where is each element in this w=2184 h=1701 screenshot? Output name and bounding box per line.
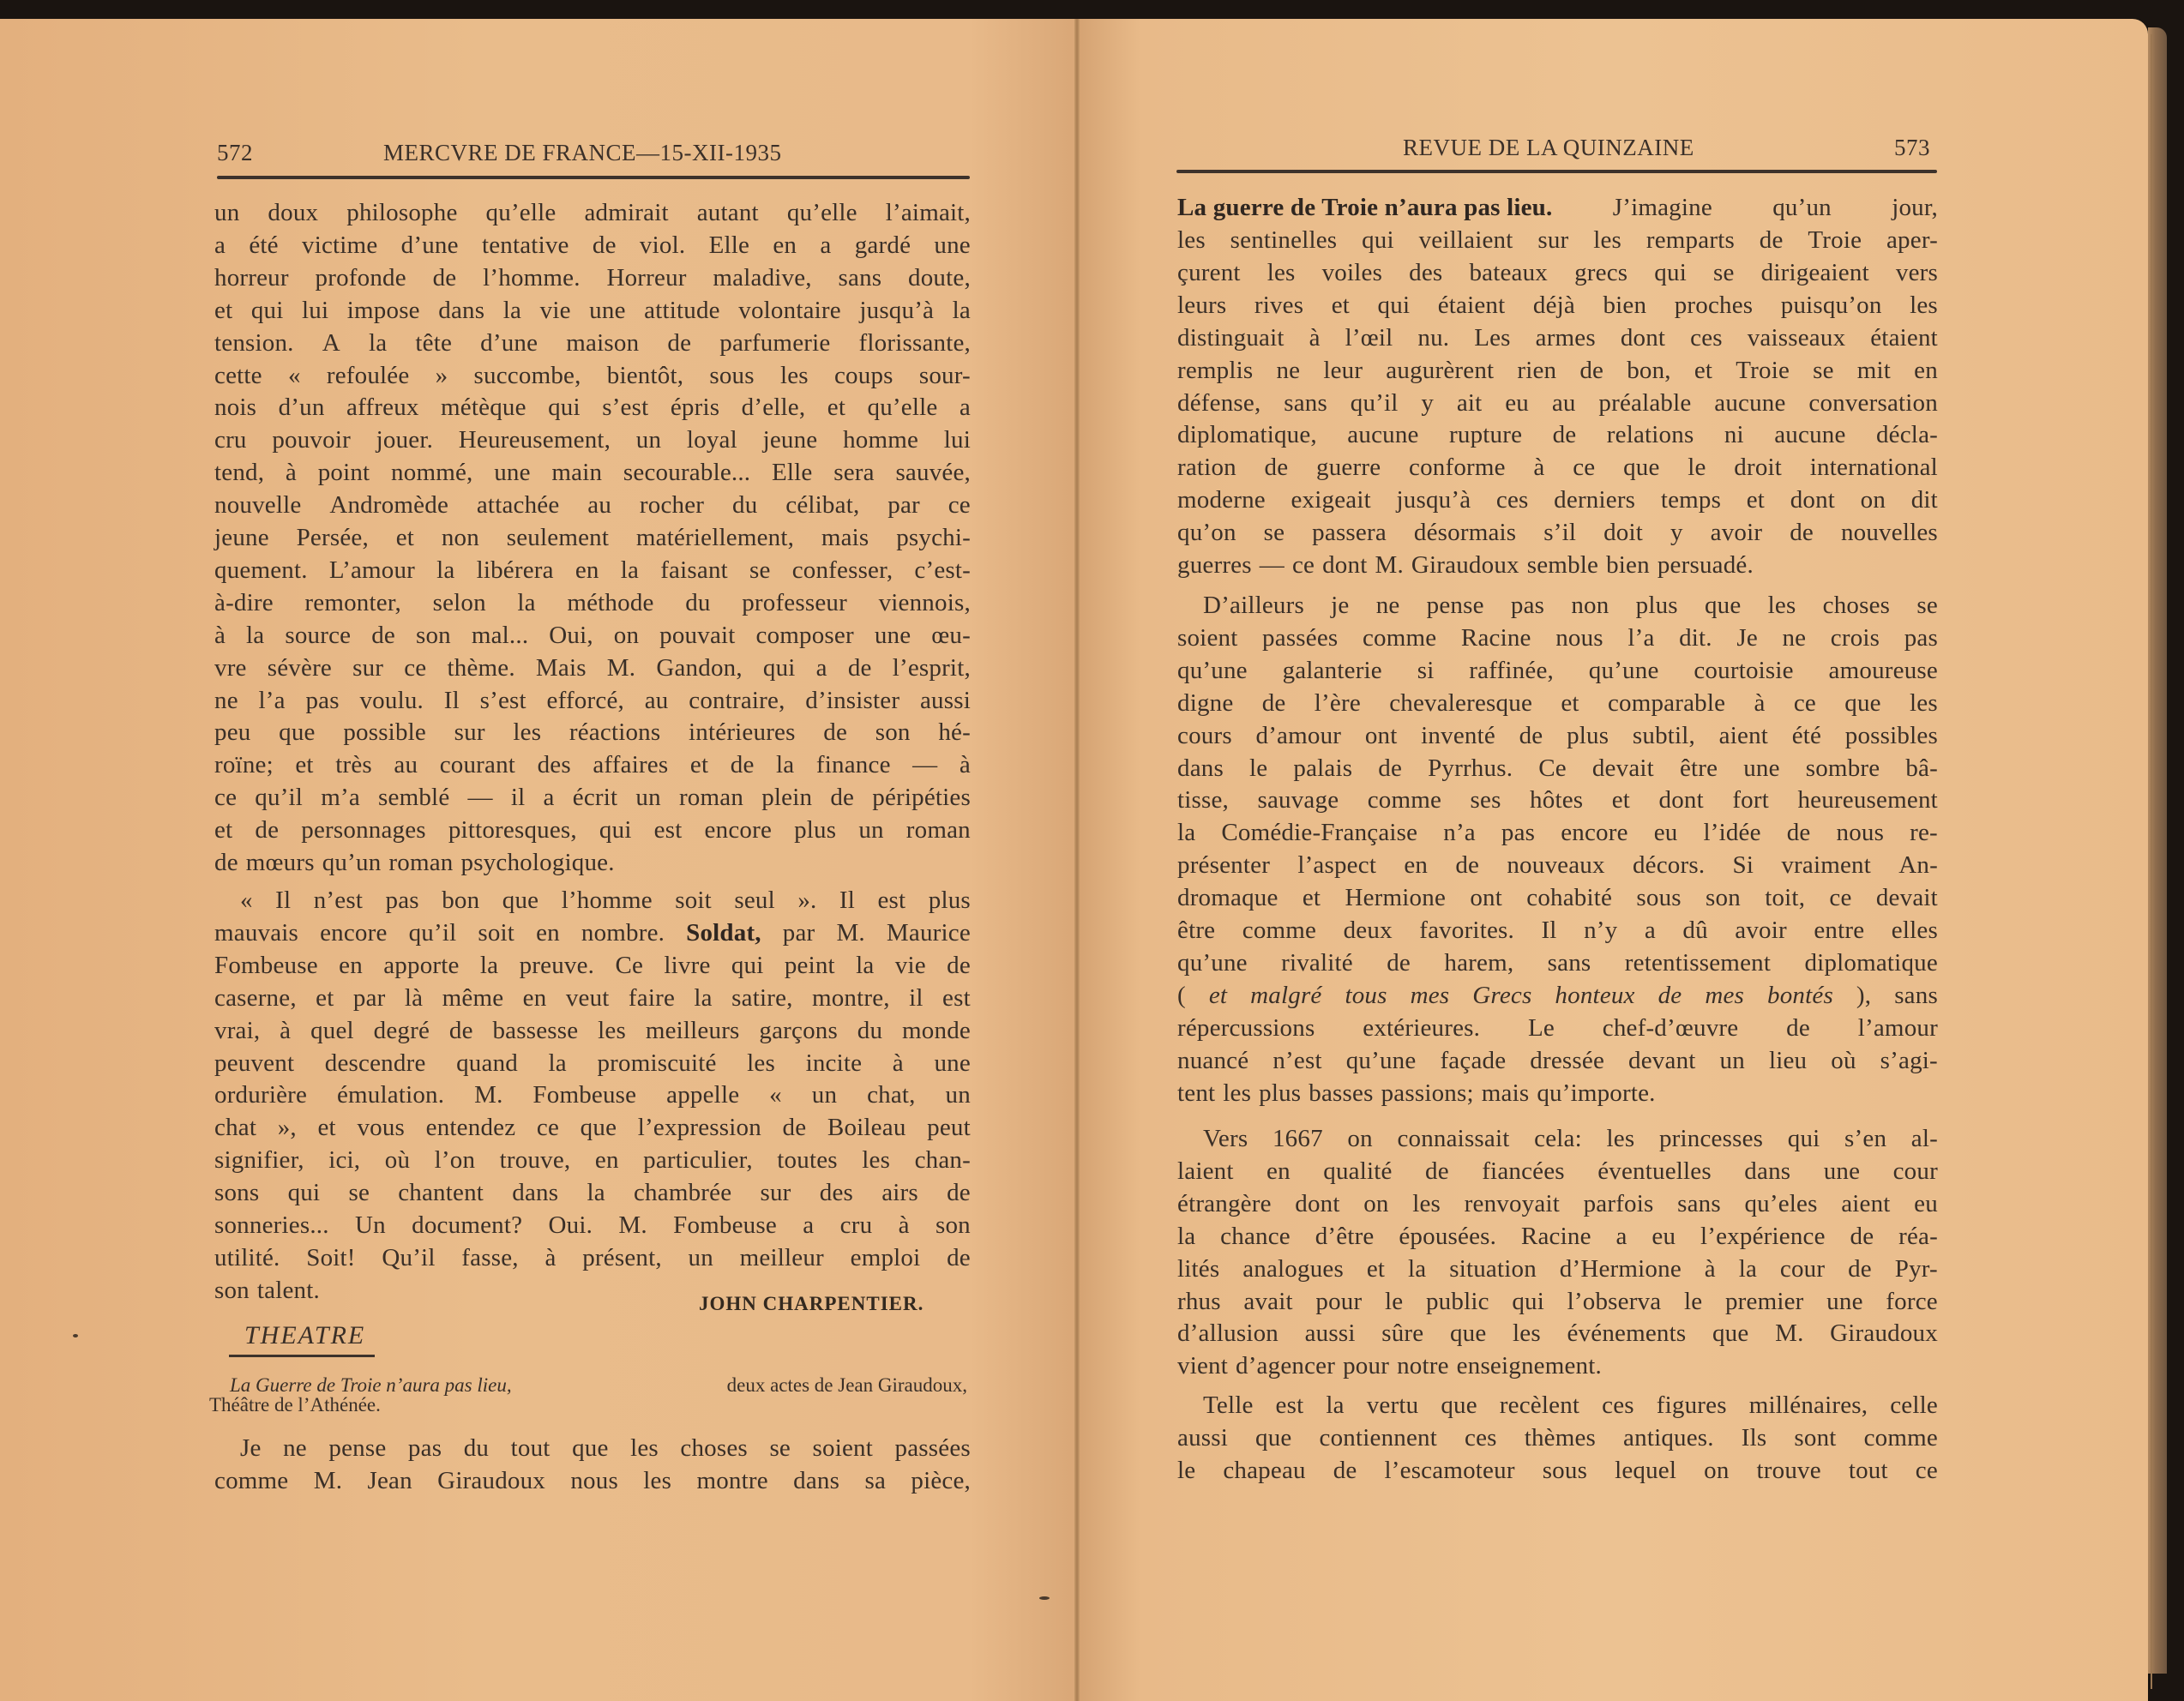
word: Fombeuse bbox=[532, 1079, 636, 1110]
word: de bbox=[214, 847, 238, 878]
word: derniers bbox=[1554, 484, 1635, 515]
word: des bbox=[538, 749, 571, 780]
word: est bbox=[877, 885, 905, 916]
word: d’insister bbox=[805, 685, 899, 716]
word: la bbox=[436, 555, 454, 586]
word: choses bbox=[1823, 590, 1891, 621]
word: sans bbox=[1548, 947, 1591, 978]
play-venue-note: Théâtre de l’Athénée. bbox=[209, 1394, 381, 1416]
left-page-number: 572 bbox=[217, 140, 253, 166]
play-credit: deux actes de Jean Giraudoux, bbox=[727, 1374, 967, 1397]
word: encore bbox=[320, 917, 387, 948]
word: qui bbox=[251, 295, 284, 326]
text-line: distinguaitàl’œilnu.Lesarmesdontcesvaiss… bbox=[1177, 322, 1938, 353]
word: ( bbox=[1177, 980, 1186, 1011]
text-line: qu’unegalanteriesiraffinée,qu’unecourtoi… bbox=[1177, 655, 1938, 686]
text-line: qu’unerivalitédeharem,sansretentissement… bbox=[1177, 947, 1938, 978]
word: s’en bbox=[1844, 1123, 1886, 1154]
word: a bbox=[960, 392, 971, 423]
word: Horreur bbox=[606, 262, 686, 293]
word: Mais bbox=[536, 652, 587, 683]
word: quement. bbox=[214, 555, 308, 586]
word: n’a bbox=[1443, 817, 1476, 848]
word: puisqu’on bbox=[1781, 290, 1882, 321]
word: dont bbox=[1322, 550, 1367, 580]
word: intérieures bbox=[689, 717, 796, 748]
section-title-rule bbox=[229, 1355, 375, 1357]
word: désormais bbox=[1414, 517, 1516, 548]
word: digne bbox=[1177, 688, 1233, 718]
word: de bbox=[830, 782, 854, 813]
word: écrit bbox=[573, 782, 618, 813]
word: les bbox=[747, 1048, 775, 1079]
word: sur bbox=[454, 717, 485, 748]
word: M. bbox=[1375, 550, 1403, 580]
word: que bbox=[1255, 1422, 1291, 1453]
page-edge-line bbox=[2151, 34, 2152, 1689]
word: veillaient bbox=[1419, 225, 1513, 255]
word: de bbox=[1579, 355, 1603, 386]
word: Troie bbox=[1808, 225, 1862, 255]
word: recèlent bbox=[1500, 1390, 1579, 1421]
word: et bbox=[317, 1112, 335, 1143]
word: pense bbox=[1427, 590, 1484, 621]
word: être bbox=[1680, 753, 1718, 784]
word: soient bbox=[813, 1433, 873, 1464]
word: efforcé, bbox=[547, 685, 624, 716]
text-line: tension.Alatêted’unemaisondeparfumeriefl… bbox=[214, 328, 971, 358]
word: on bbox=[1861, 484, 1886, 515]
word: vre bbox=[214, 652, 247, 683]
word: M. bbox=[618, 1210, 647, 1241]
word: subtil, bbox=[1633, 720, 1695, 751]
word: tend, bbox=[214, 457, 264, 488]
word: vaisseaux bbox=[1748, 322, 1846, 353]
word: qui bbox=[1378, 290, 1411, 321]
left-header-rule bbox=[217, 176, 970, 179]
word: a bbox=[816, 652, 827, 683]
word: passera bbox=[1312, 517, 1387, 548]
word: impose bbox=[347, 295, 420, 326]
word: refoulée bbox=[327, 360, 410, 391]
word: ces bbox=[1496, 484, 1529, 515]
word: passions; bbox=[1381, 1078, 1474, 1109]
word: et bbox=[1612, 784, 1630, 815]
text-line: Vers1667onconnaissaitcela:lesprincessesq… bbox=[1203, 1123, 1938, 1154]
word: bien bbox=[1606, 550, 1650, 580]
text-line: sonneries...Undocument?Oui.M.Fombeuseacr… bbox=[214, 1210, 971, 1241]
word: avait bbox=[1243, 1286, 1292, 1317]
word: sous bbox=[1543, 1455, 1587, 1486]
word: et bbox=[1561, 688, 1579, 718]
word: les bbox=[1593, 225, 1621, 255]
word: pas bbox=[305, 685, 339, 716]
word: que bbox=[1623, 452, 1659, 483]
text-line: La guerre de Troie n’aura pas lieu.J’ima… bbox=[1177, 192, 1938, 223]
word: de bbox=[783, 1112, 807, 1143]
word: son bbox=[875, 717, 911, 748]
word: par bbox=[887, 490, 920, 520]
word: métèque bbox=[441, 392, 526, 423]
word: succombe, bbox=[474, 360, 581, 391]
word: on bbox=[1363, 1188, 1388, 1219]
word: son bbox=[1706, 882, 1741, 913]
word: d’elle, bbox=[742, 392, 806, 423]
word: qui bbox=[1362, 225, 1394, 255]
word: lités bbox=[1177, 1253, 1219, 1284]
word: inventé bbox=[1421, 720, 1495, 751]
word: l’œil bbox=[1345, 322, 1393, 353]
text-line: Telleestlavertuquerecèlentcesfiguresmill… bbox=[1203, 1390, 1938, 1421]
word: le bbox=[1688, 452, 1706, 483]
word: nombre. bbox=[581, 917, 665, 948]
text-line: danslepalaisdePyrrhus.Cedevaitêtreunesom… bbox=[1177, 753, 1938, 784]
word: étaient bbox=[1438, 290, 1506, 321]
word: aussi bbox=[920, 685, 971, 716]
word: Troie bbox=[1736, 355, 1790, 386]
word: et bbox=[214, 295, 232, 326]
word: rives bbox=[1254, 290, 1303, 321]
word: leurs bbox=[1177, 290, 1226, 321]
word: été bbox=[1792, 720, 1821, 751]
text-line: noisd’unaffreuxmétèquequis’estéprisd’ell… bbox=[214, 392, 971, 423]
word: qu’elle bbox=[787, 197, 857, 228]
word: à bbox=[286, 457, 297, 488]
word: Je bbox=[240, 1433, 262, 1464]
word: vertu bbox=[1367, 1390, 1419, 1421]
word: les bbox=[630, 1433, 659, 1464]
word: c’est- bbox=[914, 555, 971, 586]
text-line: lachanced’êtreépousées.Racineaeul’expéri… bbox=[1177, 1221, 1938, 1252]
word: palais bbox=[1293, 753, 1352, 784]
word: seul bbox=[734, 885, 775, 916]
word: de bbox=[1787, 817, 1811, 848]
word: d’un bbox=[279, 392, 325, 423]
left-running-head: MERCVRE DE FRANCE—15-XII-1935 bbox=[383, 140, 782, 166]
word: comme bbox=[1368, 784, 1441, 815]
word: cour bbox=[1893, 1156, 1938, 1187]
word: ordurière bbox=[214, 1079, 307, 1110]
word: la bbox=[1177, 1221, 1195, 1252]
text-line: tisse,sauvagecommeseshôtesetdontfortheur… bbox=[1177, 784, 1938, 815]
word: qui bbox=[548, 392, 581, 423]
word: est bbox=[654, 814, 683, 845]
word: non bbox=[1571, 590, 1609, 621]
text-line: nouvelleAndromèdeattachéeaurocherducélib… bbox=[214, 490, 971, 520]
word: bon bbox=[442, 885, 479, 916]
word: sans bbox=[1677, 1188, 1721, 1219]
word: ce bbox=[1573, 452, 1595, 483]
word: on bbox=[614, 620, 639, 651]
text-line: qu’onsepasseradésormaiss’ildoityavoirden… bbox=[1177, 517, 1938, 548]
word: qu’elle bbox=[868, 392, 938, 423]
word: monde bbox=[902, 1015, 971, 1046]
word: personnages bbox=[301, 814, 426, 845]
word: pittoresques, bbox=[448, 814, 577, 845]
word: l’aspect bbox=[1297, 850, 1376, 881]
word: possible bbox=[343, 717, 426, 748]
word: Il bbox=[839, 885, 855, 916]
text-line: Fombeuseenapportelapreuve.Celivrequipein… bbox=[214, 950, 971, 981]
word: y bbox=[1421, 388, 1434, 418]
word: lequel bbox=[1615, 1455, 1676, 1486]
word: de bbox=[667, 328, 691, 358]
word: cela: bbox=[1534, 1123, 1582, 1154]
text-line: vresévèresurcethème.MaisM.Gandon,quiadel… bbox=[214, 652, 971, 683]
word: Comédie-Française bbox=[1221, 817, 1417, 848]
word: par bbox=[783, 917, 815, 948]
word: doute, bbox=[908, 262, 971, 293]
word: il bbox=[909, 983, 924, 1013]
word: pour bbox=[1343, 1350, 1389, 1381]
word: que bbox=[502, 885, 538, 916]
text-line: rationdeguerreconformeàcequeledroitinter… bbox=[1177, 452, 1938, 483]
word: cohabité bbox=[1526, 882, 1612, 913]
word: et bbox=[316, 983, 334, 1013]
word: autant bbox=[697, 197, 759, 228]
word: florissante, bbox=[859, 328, 971, 358]
word: émulation. bbox=[337, 1079, 444, 1110]
word: attachée bbox=[477, 490, 560, 520]
word: emploi bbox=[851, 1242, 921, 1273]
word: de bbox=[371, 620, 395, 651]
word: vraiment bbox=[1781, 850, 1871, 881]
word: tête bbox=[415, 328, 452, 358]
word: l’esprit, bbox=[893, 652, 971, 683]
word: sauvée, bbox=[895, 457, 971, 488]
word: ne bbox=[283, 1433, 307, 1464]
word: mœurs bbox=[246, 847, 315, 878]
word: a bbox=[1645, 915, 1656, 946]
text-line: litésanaloguesetlasituationd’Hermioneàla… bbox=[1177, 1253, 1938, 1284]
text-line: peuquepossiblesurlesréactionsintérieures… bbox=[214, 717, 971, 748]
word: sombre bbox=[1806, 753, 1880, 784]
text-line: àlasourcedesonmal...Oui,onpouvaitcompose… bbox=[214, 620, 971, 651]
word: moderne bbox=[1177, 484, 1266, 515]
word: dans bbox=[438, 295, 484, 326]
styled-word: tous bbox=[1345, 980, 1387, 1011]
styled-word: Soldat, bbox=[686, 917, 761, 948]
word: aper- bbox=[1886, 225, 1938, 255]
word: mit bbox=[1857, 355, 1891, 386]
word: à-dire bbox=[214, 587, 274, 618]
word: al- bbox=[1911, 1123, 1938, 1154]
word: exigeait bbox=[1291, 484, 1370, 515]
word: a bbox=[214, 230, 226, 261]
word: document? bbox=[412, 1210, 522, 1241]
word: ne bbox=[1376, 590, 1400, 621]
word: vie bbox=[895, 950, 926, 981]
word: livre bbox=[664, 950, 710, 981]
text-line: caserne,etparlàmêmeenveutfairelasatire,m… bbox=[214, 983, 971, 1013]
word: rocher bbox=[640, 490, 704, 520]
word: qui bbox=[288, 1177, 321, 1208]
word: fasse, bbox=[461, 1242, 518, 1273]
word: nouvelles bbox=[1841, 517, 1938, 548]
word: Je bbox=[1736, 622, 1758, 653]
word: aussi bbox=[1305, 1318, 1356, 1349]
word: aucune bbox=[1714, 388, 1785, 418]
word: apporte bbox=[383, 950, 459, 981]
text-line: çurentlesvoilesdesbateauxgrecsquisedirig… bbox=[1177, 257, 1938, 288]
word: victime bbox=[302, 230, 377, 261]
word: satire, bbox=[731, 983, 792, 1013]
word: eu bbox=[1914, 1188, 1938, 1219]
word: viol. bbox=[640, 230, 685, 261]
word: au bbox=[394, 749, 418, 780]
word: elles bbox=[1892, 915, 1938, 946]
word: Jean bbox=[367, 1465, 412, 1496]
word: un bbox=[812, 1079, 837, 1110]
text-line: coursd’amourontinventédeplussubtil,aient… bbox=[1177, 720, 1938, 751]
word: la bbox=[480, 950, 498, 981]
word: mais bbox=[821, 522, 869, 553]
word: de bbox=[1850, 1221, 1874, 1252]
word: m’a bbox=[321, 782, 360, 813]
word: voulu. bbox=[359, 685, 424, 716]
word: descendre bbox=[325, 1048, 426, 1079]
word: défense, bbox=[1177, 388, 1260, 418]
word: roman bbox=[679, 782, 743, 813]
word: devait bbox=[1876, 882, 1938, 913]
word: de bbox=[947, 1242, 971, 1273]
word: Oui, bbox=[549, 620, 593, 651]
text-line: remplisneleuraugurèrentriendebon,etTroie… bbox=[1177, 355, 1938, 386]
word: proches bbox=[1675, 290, 1754, 321]
word: nois bbox=[214, 392, 256, 423]
word: qu’un bbox=[1772, 192, 1832, 223]
word: ont bbox=[1470, 882, 1502, 913]
word: ce bbox=[1794, 688, 1816, 718]
styled-word: honteux bbox=[1555, 980, 1634, 1011]
word: à bbox=[214, 620, 226, 651]
word: deux bbox=[1344, 915, 1393, 946]
word: dit bbox=[1911, 484, 1938, 515]
word: sour- bbox=[919, 360, 971, 391]
word: qui bbox=[599, 814, 632, 845]
word: Racine bbox=[1521, 1221, 1591, 1252]
word: de bbox=[823, 717, 847, 748]
word: l’observa bbox=[1567, 1286, 1662, 1317]
word: Andromède bbox=[329, 490, 448, 520]
word: Soit! bbox=[306, 1242, 355, 1273]
word: ration bbox=[1177, 452, 1236, 483]
word: des bbox=[820, 1177, 853, 1208]
word: les bbox=[1223, 1078, 1251, 1109]
word: viennois, bbox=[879, 587, 971, 618]
word: a bbox=[1615, 1221, 1627, 1252]
word: sa bbox=[864, 1465, 886, 1496]
word: raffinée, bbox=[1469, 655, 1554, 686]
word: peut bbox=[927, 1112, 971, 1143]
word: encore bbox=[1561, 817, 1627, 848]
word: « bbox=[769, 1079, 782, 1110]
word: Giraudoux bbox=[1830, 1318, 1938, 1349]
word: Le bbox=[1528, 1013, 1555, 1043]
word: de bbox=[848, 652, 872, 683]
word: analogues bbox=[1242, 1253, 1344, 1284]
word: se bbox=[1813, 355, 1834, 386]
word: public bbox=[1426, 1286, 1489, 1317]
word: épousées. bbox=[1399, 1221, 1496, 1252]
word: nouveaux bbox=[1507, 850, 1604, 881]
text-line: sonsquisechantentdanslachambréesurdesair… bbox=[214, 1177, 971, 1208]
word: de bbox=[1553, 419, 1577, 450]
styled-word: mes bbox=[1705, 980, 1744, 1011]
word: cour bbox=[1780, 1253, 1825, 1284]
word: M. bbox=[836, 917, 864, 948]
word: est bbox=[1276, 1390, 1304, 1421]
word: Il bbox=[444, 685, 460, 716]
word: Boileau bbox=[827, 1112, 906, 1143]
word: présent, bbox=[582, 1242, 662, 1273]
word: celle bbox=[1890, 1390, 1938, 1421]
word: non bbox=[442, 522, 479, 553]
word: seulement bbox=[507, 522, 609, 553]
word: gardé bbox=[855, 230, 911, 261]
word: pouvoir bbox=[272, 424, 351, 455]
text-line: signifier,ici,oùl’ontrouve,enparticulier… bbox=[214, 1145, 971, 1175]
word: sur bbox=[352, 652, 383, 683]
review-title-bold: La guerre de Troie n’aura pas lieu. bbox=[1177, 192, 1552, 223]
text-line: utilité.Soit!Qu’ilfasse,àprésent,unmeill… bbox=[214, 1242, 971, 1273]
word: de bbox=[1387, 947, 1411, 978]
word: la bbox=[549, 1048, 567, 1079]
word: renvoyait bbox=[1465, 1188, 1560, 1219]
word: pas bbox=[1511, 590, 1544, 621]
word: plus bbox=[794, 814, 836, 845]
word: retentissement bbox=[1625, 947, 1771, 978]
word: n’est bbox=[1272, 1045, 1321, 1076]
word: extérieures. bbox=[1363, 1013, 1480, 1043]
word: M. bbox=[474, 1079, 502, 1110]
word: en bbox=[575, 555, 599, 586]
word: au bbox=[1552, 388, 1576, 418]
word: utilité. bbox=[214, 1242, 280, 1273]
word: que bbox=[1844, 688, 1880, 718]
word: de bbox=[1760, 225, 1784, 255]
word: remplis bbox=[1177, 355, 1253, 386]
text-line: cette«refoulée»succombe,bientôt,souslesc… bbox=[214, 360, 971, 391]
word: encore bbox=[705, 814, 772, 845]
word: dans bbox=[512, 1177, 558, 1208]
word: dont bbox=[1621, 322, 1665, 353]
word: philosophe bbox=[346, 197, 457, 228]
word: distinguait bbox=[1177, 322, 1285, 353]
text-line: aétévictimed’unetentativedeviol.Elleenag… bbox=[214, 230, 971, 261]
word: plus bbox=[1636, 590, 1678, 621]
word: choses bbox=[680, 1433, 748, 1464]
word: un bbox=[689, 1242, 713, 1273]
word: présenter bbox=[1177, 850, 1270, 881]
word: qu’un bbox=[322, 847, 382, 878]
word: montre bbox=[696, 1465, 767, 1496]
word: les bbox=[643, 1465, 671, 1496]
word: le bbox=[1177, 1455, 1195, 1486]
word: les bbox=[780, 360, 809, 391]
word: même bbox=[442, 983, 504, 1013]
word: admirait bbox=[584, 197, 668, 228]
word: d’agencer bbox=[1236, 1350, 1335, 1381]
word: temps bbox=[1661, 484, 1721, 515]
word: a bbox=[820, 230, 831, 261]
word: plus bbox=[929, 885, 971, 916]
word: s’est bbox=[480, 685, 526, 716]
word: bassesse bbox=[492, 1015, 578, 1046]
word: au bbox=[587, 490, 611, 520]
word: l’a bbox=[1627, 622, 1654, 653]
author-signature: JOHN CHARPENTIER. bbox=[699, 1293, 924, 1315]
